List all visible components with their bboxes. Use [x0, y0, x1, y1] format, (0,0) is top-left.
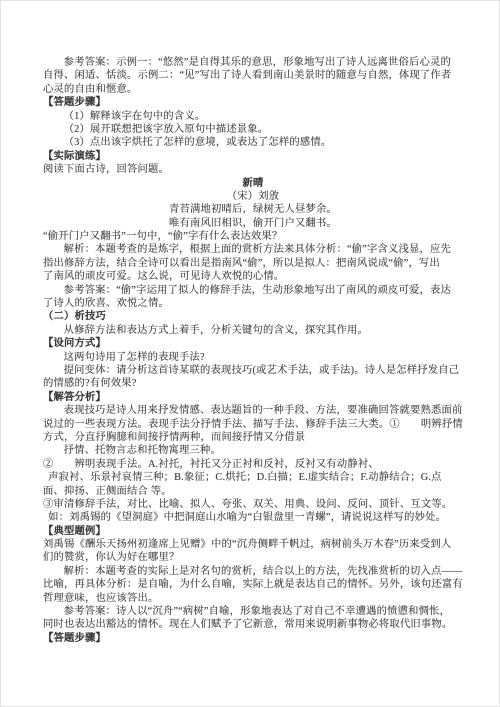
text-line: 参考答案：示例一：“悠然”是自得其乐的意思，形象地写出了诗人远离世俗后心灵的	[43, 56, 463, 69]
text-line: （宋）刘攽	[43, 190, 463, 203]
text-line: 方式，分直抒胸臆和间接抒情两种，而间接抒情又分借景	[43, 431, 463, 444]
text-line: 【典型题例】	[43, 525, 463, 538]
text-line: 【答题步骤】	[43, 96, 463, 109]
text-line: 解析：本题考查的是炼字，根据上面的赏析方法来具体分析：“偷”字含义浅显，应先	[43, 243, 463, 256]
text-line: 心灵的自由和惬意。	[43, 83, 463, 96]
text-line: 参考答案：“偷”字运用了拟人的修辞手法，生动形象地写出了南风的顽皮可爱，表达	[43, 284, 463, 297]
text-line: 青苔满地初晴后，绿树无人昼梦余。	[43, 203, 463, 216]
text-line: 解析：本题考查的实际上是对名句的赏析，结合以上的方法，先找准赏析的切入点——	[43, 565, 463, 578]
text-line: 了诗人的欣喜、欢悦之情。	[43, 297, 463, 310]
text-line: （1）解释该字在句中的含义。	[64, 110, 463, 123]
text-line: （3）点出该字烘托了怎样的意境，或表达了怎样的感情。	[64, 136, 463, 149]
text-line: 提问变体：请分析这首诗某联的表现技巧(或艺术手法，或手法)。诗人是怎样抒发自己	[43, 364, 463, 377]
text-line: 的情感的?有何效果?	[43, 377, 463, 390]
text-line: 唯有南风旧相识，偷开门户又翻书。	[43, 217, 463, 230]
text-line: 指出修辞方法，结合全诗可以看出是指南风“偷”，所以是拟人：把南风说成“偷”，写出	[43, 257, 463, 270]
text-line: 说过的一些表现方法。表现手法分抒情手法、描写手法、修辞手法三大类。① 明辨抒情	[43, 418, 463, 431]
text-line: 面、抑扬、正侧面结合 等。	[43, 485, 463, 498]
text-line: 表现技巧是诗人用来抒发情感、表达题旨的一种手段、方法，要准确回答就要熟悉面前	[43, 404, 463, 417]
text-line: 们的赞赏，你认为好在哪里？	[43, 551, 463, 564]
text-line: 哲理意味，也应该答出。	[43, 592, 463, 605]
text-line: 从修辞方法和表达方式上着手，分析关键句的含义，探究其作用。	[43, 324, 463, 337]
text-line: 【设问方式】	[43, 337, 463, 350]
text-line: （二）析技巧	[43, 310, 463, 323]
text-line: 抒情、托物言志和托物寓理三种。	[64, 444, 463, 457]
text-line: 【解答分析】	[43, 391, 463, 404]
text-line: “偷开门户又翻书”一句中，“偷”字有什么表达效果？	[43, 230, 463, 243]
text-line: 同时也表达出豁达的情怀。现在人们赋予了它新意，常用来说明新事物必将取代旧事物。	[43, 618, 463, 631]
text-line: ② 辨明表现手法。A.衬托，衬托又分正衬和反衬，反衬又有动静衬、	[43, 458, 463, 471]
document-page: 参考答案：示例一：“悠然”是自得其乐的意思，形象地写出了诗人远离世俗后心灵的自得…	[0, 0, 500, 707]
text-line: ③审清修辞手法，对比、比喻、拟人、夸张、双关、用典、设问、反问、顶针、互文等。	[43, 498, 463, 511]
text-line: 如：刘禹锡的《望洞庭》中把洞庭山水喻为“白银盘里一青螺”，请说说这样写的妙处。	[48, 511, 463, 524]
text-line: 刘禹锡《酬乐天扬州初逢席上见赠》中的“沉舟侧畔千帆过，病树前头万木春”历来受到人	[43, 538, 463, 551]
text-line: 这两句诗用了怎样的表现手法?	[43, 351, 463, 364]
document-body: 参考答案：示例一：“悠然”是自得其乐的意思，形象地写出了诗人远离世俗后心灵的自得…	[43, 56, 463, 645]
text-line: 声寂衬、乐景衬哀情三种；B.象征；C.烘托；D.白描；E.虚实结合；F.动静结合…	[48, 471, 463, 484]
text-line: 了南风的顽皮可爱。这么说，可见诗人欢悦的心情。	[43, 270, 463, 283]
text-line: 新晴	[43, 177, 463, 190]
text-line: （2）展开联想把该字放入原句中描述景象。	[64, 123, 463, 136]
text-line: 阅读下面古诗，回答问题。	[43, 163, 463, 176]
text-line: 【实际演练】	[43, 150, 463, 163]
text-line: 比喻，再具体分析：是自喻，为什么自喻，实际上就是表达自己的情怀。另外，该句还富有	[43, 578, 463, 591]
text-line: 自得、闲适、恬淡。示例二：“见”写出了诗人看到南山美景时的随意与自然，体现了作者	[43, 69, 463, 82]
text-line: 参考答案：诗人以“沉舟”“病树”自喻，形象地表达了对自己不幸遭遇的愤懑和惆怅，	[43, 605, 463, 618]
text-line: 【答题步骤】	[43, 632, 463, 645]
